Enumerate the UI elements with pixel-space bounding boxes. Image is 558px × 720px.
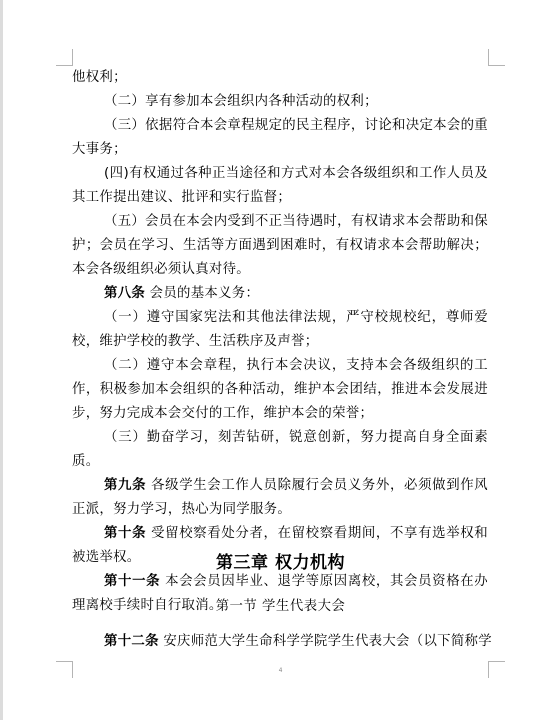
- paragraph-text: （一）遵守国家宪法和其他法律法规，严守校规校纪，尊师爱校，维护学校的教学、生活秩…: [72, 310, 488, 349]
- document-body[interactable]: 他权利； （二）享有参加本会组织内各种活动的权利； （三）依据符合本会章程规定的…: [72, 66, 488, 618]
- article-label: 第十一条: [104, 574, 160, 589]
- paragraph: （二）享有参加本会组织内各种活动的权利；: [72, 90, 488, 114]
- article-paragraph: 第十二条 安庆师范大学生命科学学院学生代表大会（以下简称学代: [72, 630, 492, 654]
- paragraph-text: （二）享有参加本会组织内各种活动的权利；: [104, 94, 378, 109]
- margin-corner-mark-top-right: [488, 49, 505, 66]
- paragraph-text: 他权利；: [72, 70, 127, 85]
- paragraph-text: （三）勤奋学习，刻苦钻研，锐意创新，努力提高自身全面素质。: [72, 430, 488, 469]
- article-label: 第十条: [104, 526, 146, 541]
- paragraph: （五）会员在本会内受到不正当待遇时，有权请求本会帮助和保护；会员在学习、生活等方…: [72, 210, 488, 282]
- margin-corner-mark-top-left: [56, 49, 73, 66]
- article-label: 第十二条: [104, 634, 159, 649]
- article-paragraph: 第九条 各级学生会工作人员除履行会员义务外，必须做到作风正派，努力学习，热心为同…: [72, 474, 488, 522]
- article-label: 第八条: [104, 286, 145, 301]
- paragraph-text: （三）依据符合本会章程规定的民主程序，讨论和决定本会的重大事务；: [72, 118, 488, 157]
- page-number: 4: [3, 667, 558, 674]
- paragraph: （三）勤奋学习，刻苦钻研，锐意创新，努力提高自身全面素质。: [72, 426, 488, 474]
- section-heading: 第一节 学生代表大会: [3, 596, 558, 618]
- paragraph: （一）遵守国家宪法和其他法律法规，严守校规校纪，尊师爱校，维护学校的教学、生活秩…: [72, 306, 488, 354]
- article-paragraph: 第八条 会员的基本义务：: [72, 282, 488, 306]
- paragraph-text: 安庆师范大学生命科学学院学生代表大会（以下简称学代: [159, 634, 492, 649]
- paragraph: （二）遵守本会章程，执行本会决议，支持本会各级组织的工作，积极参加本会组织的各种…: [72, 354, 488, 426]
- chapter-heading: 第三章 权力机构: [3, 551, 558, 575]
- paragraph-text: 会员的基本义务：: [145, 286, 259, 301]
- paragraph-text: (四)有权通过各种正当途径和方式对本会各级组织和工作人员及其工作提出建议、批评和…: [72, 166, 488, 205]
- paragraph: （三）依据符合本会章程规定的民主程序，讨论和决定本会的重大事务；: [72, 114, 488, 162]
- paragraph: 他权利；: [72, 66, 488, 90]
- paragraph-text: （二）遵守本会章程，执行本会决议，支持本会各级组织的工作，积极参加本会组织的各种…: [72, 358, 488, 421]
- article-label: 第九条: [104, 478, 146, 493]
- paragraph-text: （五）会员在本会内受到不正当待遇时，有权请求本会帮助和保护；会员在学习、生活等方…: [72, 214, 488, 277]
- document-page: 他权利； （二）享有参加本会组织内各种活动的权利； （三）依据符合本会章程规定的…: [3, 0, 558, 720]
- paragraph: (四)有权通过各种正当途径和方式对本会各级组织和工作人员及其工作提出建议、批评和…: [72, 162, 488, 210]
